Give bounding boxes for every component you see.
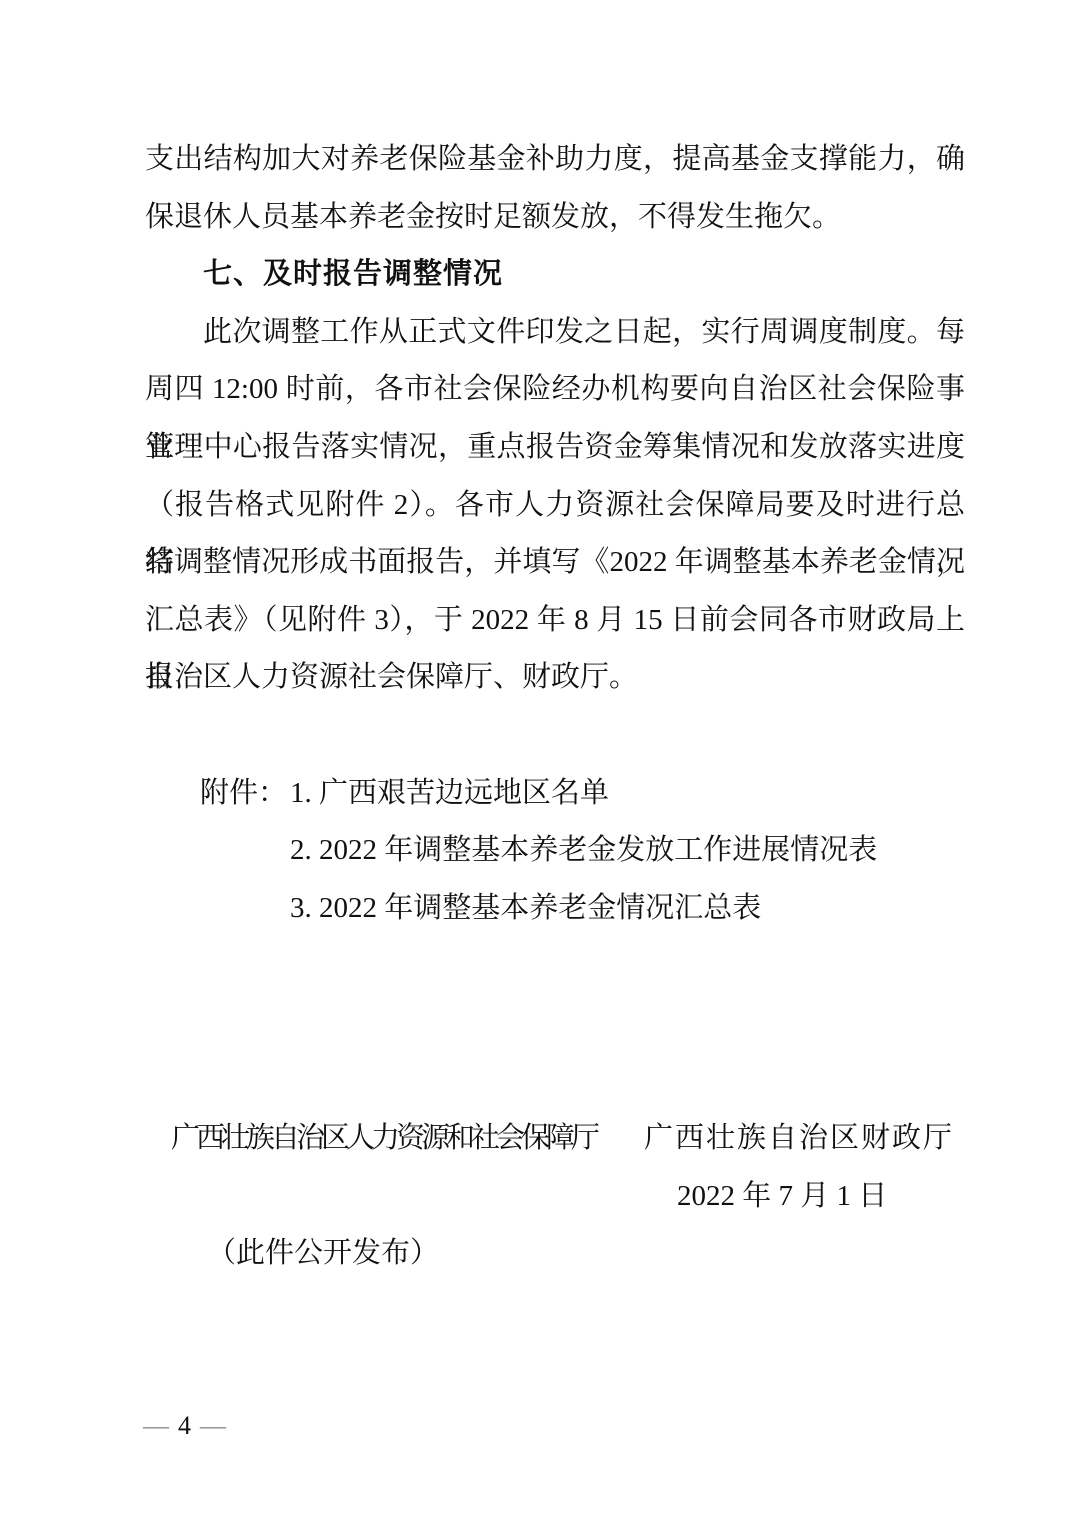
body-text-line: 管理中心报告落实情况，重点报告资金筹集情况和发放落实进度 (145, 419, 965, 477)
page-footer: — 4 — (143, 1406, 226, 1446)
body-text-line: 此次调整工作从正式文件印发之日起，实行周调度制度。每 (145, 304, 965, 362)
signature-orgs-row: 广西壮族自治区人力资源和社会保障厅 广西壮族自治区财政厅 (145, 1110, 965, 1168)
public-release-note: （此件公开发布） (207, 1225, 965, 1283)
body-text-line: 自治区人力资源社会保障厅、财政厅。 (145, 649, 965, 707)
attachment-item: 2. 2022 年调整基本养老金发放工作进展情况表 (290, 822, 965, 880)
body-text-line: 将调整情况形成书面报告，并填写《2022 年调整基本养老金情况 (145, 534, 965, 592)
signature-block: 广西壮族自治区人力资源和社会保障厅 广西壮族自治区财政厅 2022 年 7 月 … (145, 1110, 965, 1283)
page-number: 4 (178, 1406, 191, 1446)
attachments-label: 附件： (200, 765, 290, 823)
footer-dash-left: — (143, 1406, 169, 1446)
body-text-line: 保退休人员基本养老金按时足额发放，不得发生拖欠。 (145, 189, 965, 247)
body-text-line: （报告格式见附件 2）。各市人力资源社会保障局要及时进行总结， (145, 477, 965, 535)
attachment-item: 3. 2022 年调整基本养老金情况汇总表 (290, 880, 965, 938)
document-content: 支出结构加大对养老保险基金补助力度，提高基金支撑能力，确 保退休人员基本养老金按… (145, 131, 965, 1283)
issuing-org-left: 广西壮族自治区人力资源和社会保障厅 (171, 1110, 596, 1168)
footer-dash-right: — (200, 1406, 226, 1446)
section-heading: 七、及时报告调整情况 (145, 246, 965, 304)
body-text-line: 周四 12:00 时前，各市社会保险经办机构要向自治区社会保险事业 (145, 361, 965, 419)
signature-date-row: 2022 年 7 月 1 日 (145, 1168, 965, 1226)
body-text-line: 汇总表》（见附件 3），于 2022 年 8 月 15 日前会同各市财政局上报 (145, 592, 965, 650)
issue-date: 2022 年 7 月 1 日 (677, 1168, 887, 1226)
document-page: 支出结构加大对养老保险基金补助力度，提高基金支撑能力，确 保退休人员基本养老金按… (0, 0, 1074, 1520)
issuing-org-right: 广西壮族自治区财政厅 (644, 1110, 954, 1168)
body-text-line: 支出结构加大对养老保险基金补助力度，提高基金支撑能力，确 (145, 131, 965, 189)
attachments-list: 附件：1. 广西艰苦边远地区名单 2. 2022 年调整基本养老金发放工作进展情… (145, 765, 965, 938)
attachment-row: 附件：1. 广西艰苦边远地区名单 (145, 765, 965, 823)
attachment-item: 1. 广西艰苦边远地区名单 (290, 777, 609, 809)
